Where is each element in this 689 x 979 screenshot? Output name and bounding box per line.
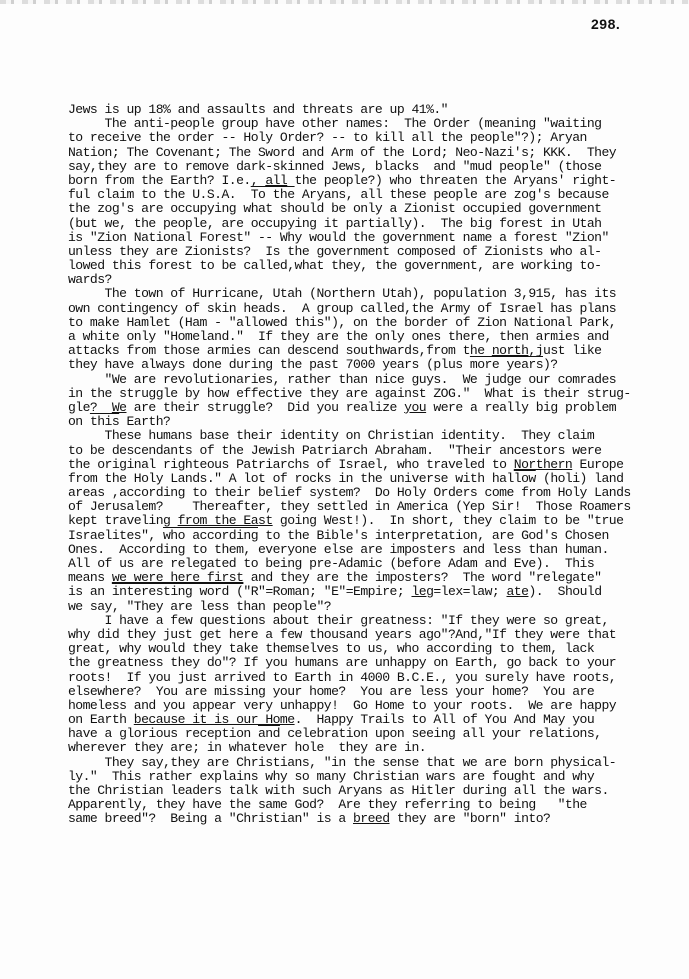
- text-line: the zog's are occupying what should be o…: [68, 202, 648, 216]
- text-line: The town of Hurricane, Utah (Northern Ut…: [68, 287, 648, 301]
- text-segment: and they are the imposters? The word "re…: [243, 570, 601, 585]
- overlined-text: interesting word (: [112, 584, 244, 599]
- text-line: All of us are relegated to being pre-Ada…: [68, 557, 648, 571]
- text-segment: . Happy Trails to All of You And May you: [295, 712, 595, 727]
- text-segment: were a really big problem: [426, 400, 616, 415]
- text-line: why did they just get here a few thousan…: [68, 628, 648, 642]
- text-line: the greatness they do"? If you humans ar…: [68, 656, 648, 670]
- text-segment: they are "born" into?: [390, 811, 551, 826]
- text-line: unless they are Zionists? Is the governm…: [68, 245, 648, 259]
- text-segment: All of us are relegated to being pre-Ada…: [68, 556, 594, 571]
- text-line: born from the Earth? I.e., all the peopl…: [68, 174, 648, 188]
- overlined-text: who according: [163, 528, 258, 543]
- text-segment: born from the Earth? I.e.,: [68, 173, 265, 188]
- text-segment: the zog's are occupying what should be o…: [68, 201, 601, 216]
- text-line: These humans base their identity on Chri…: [68, 429, 648, 443]
- text-line: we say, "They are less than people"?: [68, 600, 648, 614]
- text-line: to make Hamlet (Ham - "allowed this"), o…: [68, 316, 648, 330]
- text-segment: we say, "They are less than people"?: [68, 599, 331, 614]
- underlined-text: because it is our Home: [134, 712, 295, 727]
- text-segment: going West!). In short, they claim to be…: [273, 513, 624, 528]
- text-segment: (but we, the people, are occupying it pa…: [68, 216, 601, 231]
- text-line: Nation; The Covenant; The Sword and Arm …: [68, 146, 648, 160]
- overlined-text: and: [258, 726, 280, 741]
- text-segment: areas ,according to their belief system?…: [68, 485, 631, 500]
- text-segment: ). Should: [528, 584, 601, 599]
- underlined-text: all: [265, 173, 287, 188]
- underlined-text: we were here first: [112, 570, 244, 585]
- text-segment: )?: [543, 357, 558, 372]
- text-segment: celebration upon seeing all your relatio…: [280, 726, 602, 741]
- text-segment: Ones. According to them, everyone else a…: [68, 542, 609, 557]
- text-segment: is "Zion National Forest" -- Why would t…: [68, 230, 609, 245]
- text-segment: ly." This rather explains why so many Ch…: [68, 769, 594, 784]
- text-line: (but we, the people, are occupying it pa…: [68, 217, 648, 231]
- text-segment: they have always done during the past 70…: [68, 357, 470, 372]
- text-segment: ful claim to the U.S.A.: [68, 187, 251, 202]
- text-segment: (holi) land: [536, 471, 624, 486]
- text-line: wards?: [68, 273, 648, 287]
- text-segment: gle?: [68, 400, 112, 415]
- overlined-text: low: [514, 471, 536, 486]
- text-segment: "R"=Roman; "E"=Empire;: [243, 584, 411, 599]
- text-line: ful claim to the U.S.A. To the Aryans, a…: [68, 188, 648, 202]
- text-segment: wherever they are; in whatever hole they…: [68, 740, 426, 755]
- text-segment: to receive the order -- Holy Order? -- t…: [68, 130, 587, 145]
- text-line: "We are revolutionaries, rather than nic…: [68, 373, 648, 387]
- text-segment: roots! If you just arrived to Earth in 4…: [68, 670, 616, 685]
- text-line: elsewhere? You are missing your home? Yo…: [68, 685, 648, 699]
- text-segment: =lex=law;: [433, 584, 506, 599]
- underlined-text: from the East: [178, 513, 273, 528]
- text-segment: lowed this forest to be called,what they…: [68, 258, 601, 273]
- text-segment: The town of Hurricane, Utah (Northern Ut…: [68, 286, 616, 301]
- text-line: to receive the order -- Holy Order? -- t…: [68, 131, 648, 145]
- text-segment: attacks from those armies can descend so…: [68, 343, 492, 358]
- document-body: Jews is up 18% and assaults and threats …: [68, 103, 648, 827]
- text-line: great, why would they take themselves to…: [68, 642, 648, 656]
- underlined-text: you: [404, 400, 426, 415]
- underlined-text: leg: [411, 584, 433, 599]
- text-segment: own contingency of skin heads. A group c…: [68, 301, 616, 316]
- text-segment: "We are revolutionaries, rather than nic…: [68, 372, 616, 387]
- text-segment: to the Bible's interpretation, are God's…: [258, 528, 609, 543]
- text-line: They say,they are Christians, "in the se…: [68, 756, 648, 770]
- text-segment: Nation; The Covenant; The Sword and Arm …: [68, 145, 616, 160]
- text-segment: in the struggle by how effective they ar…: [68, 386, 631, 401]
- text-line: Jews is up 18% and assaults and threats …: [68, 103, 648, 117]
- text-line: ly." This rather explains why so many Ch…: [68, 770, 648, 784]
- text-segment: is an: [68, 584, 112, 599]
- text-segment: same breed"? Being a "Christian" is a: [68, 811, 353, 826]
- text-line: is "Zion National Forest" -- Why would t…: [68, 231, 648, 245]
- text-segment: to make Hamlet (Ham - "allowed this"), o…: [68, 315, 616, 330]
- text-segment: from the Holy Lands." A lot of rocks in …: [68, 471, 514, 486]
- text-line: areas ,according to their belief system?…: [68, 486, 648, 500]
- text-line: the original righteous Patriarchs of Isr…: [68, 458, 648, 472]
- underlined-text: breed: [353, 811, 390, 826]
- text-segment: means: [68, 570, 112, 585]
- text-line: own contingency of skin heads. A group c…: [68, 302, 648, 316]
- text-segment: the original righteous Patriarchs of Isr…: [68, 457, 514, 472]
- text-line: Israelites", who according to the Bible'…: [68, 529, 648, 543]
- page-number: 298.: [591, 16, 620, 32]
- text-segment: say,they are to remove dark-skinned Jews…: [68, 159, 601, 174]
- text-line: say,they are to remove dark-skinned Jews…: [68, 160, 648, 174]
- text-segment: unless they are Zionists? Is the governm…: [68, 244, 601, 259]
- text-line: a white only "Homeland." If they are the…: [68, 330, 648, 344]
- text-segment: wards?: [68, 272, 112, 287]
- text-segment: These humans base their identity on Chri…: [68, 428, 594, 443]
- text-segment: Jews is up 18% and assaults and threats …: [68, 102, 448, 117]
- text-segment: great, why would they take themselves to…: [68, 641, 594, 656]
- text-segment: I have a few questions about their great…: [68, 613, 609, 628]
- text-line: from the Holy Lands." A lot of rocks in …: [68, 472, 648, 486]
- text-segment: are their struggle? Did you realize: [126, 400, 404, 415]
- text-line: they have always done during the past 70…: [68, 358, 648, 372]
- text-line: same breed"? Being a "Christian" is a br…: [68, 812, 648, 826]
- underlined-text: north: [492, 343, 529, 358]
- text-segment: to be descendants of the Jewish Patriarc…: [68, 443, 601, 458]
- text-segment: elsewhere? You are missing your home? Yo…: [68, 684, 594, 699]
- text-line: lowed this forest to be called,what they…: [68, 259, 648, 273]
- text-segment: The anti-people group have other names: …: [68, 116, 601, 131]
- text-segment: homeless and you appear very unhappy! Go…: [68, 698, 616, 713]
- text-line: Ones. According to them, everyone else a…: [68, 543, 648, 557]
- scan-edge-noise: [0, 0, 689, 4]
- text-segment: ,just like: [528, 343, 601, 358]
- text-line: kept traveling from the East going West!…: [68, 514, 648, 528]
- text-segment: kept traveling: [68, 513, 178, 528]
- text-segment: the greatness they do"? If you humans ar…: [68, 655, 616, 670]
- text-segment: on Earth: [68, 712, 134, 727]
- text-segment: why did they just get here a few thousan…: [68, 627, 616, 642]
- text-line: roots! If you just arrived to Earth in 4…: [68, 671, 648, 685]
- text-line: Apparently, they have the same God? Are …: [68, 798, 648, 812]
- text-segment: of Jerusalem? Thereafter, they settled i…: [68, 499, 631, 514]
- text-line: homeless and you appear very unhappy! Go…: [68, 699, 648, 713]
- overlined-text: To the: [251, 187, 295, 202]
- text-segment: a white only "Homeland." If they are the…: [68, 329, 609, 344]
- text-line: have a glorious reception and celebratio…: [68, 727, 648, 741]
- text-line: I have a few questions about their great…: [68, 614, 648, 628]
- text-line: gle? We are their struggle? Did you real…: [68, 401, 648, 415]
- overlined-text: this: [90, 414, 119, 429]
- overlined-text: more years: [470, 357, 543, 372]
- underlined-text: We: [112, 400, 127, 415]
- text-segment: Aryans, all these people are zog's becau…: [295, 187, 609, 202]
- text-segment: have a glorious reception: [68, 726, 258, 741]
- text-line: The anti-people group have other names: …: [68, 117, 648, 131]
- text-line: wherever they are; in whatever hole they…: [68, 741, 648, 755]
- underlined-text: Northern: [514, 457, 572, 472]
- text-segment: the Christian leaders talk with such Ary…: [68, 783, 609, 798]
- text-segment: the people?) who threaten the Aryans' ri…: [287, 173, 616, 188]
- text-segment: Israelites",: [68, 528, 163, 543]
- text-segment: on: [68, 414, 90, 429]
- text-line: of Jerusalem? Thereafter, they settled i…: [68, 500, 648, 514]
- text-line: on this Earth?: [68, 415, 648, 429]
- text-segment: Apparently, they have the same God? Are …: [68, 797, 587, 812]
- text-line: is an interesting word ("R"=Roman; "E"=E…: [68, 585, 648, 599]
- text-line: the Christian leaders talk with such Ary…: [68, 784, 648, 798]
- text-line: in the struggle by how effective they ar…: [68, 387, 648, 401]
- text-segment: Earth?: [119, 414, 170, 429]
- text-segment: They say,they are Christians, "in the se…: [68, 755, 616, 770]
- text-line: to be descendants of the Jewish Patriarc…: [68, 444, 648, 458]
- underlined-text: ate: [507, 584, 529, 599]
- text-segment: Europe: [572, 457, 623, 472]
